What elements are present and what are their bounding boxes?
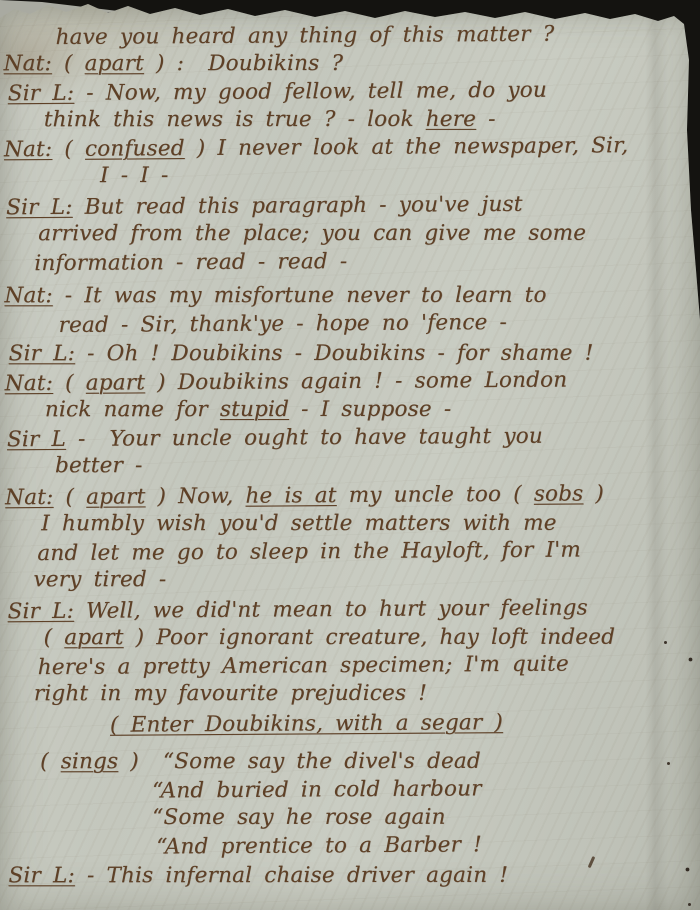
text-segment: “And prentice to a Barber ! xyxy=(156,832,482,859)
underlined-text: apart xyxy=(86,370,145,395)
text-line: Sir L: But read this paragraph - you've … xyxy=(6,190,685,223)
text-segment: - This infernal chaise driver again ! xyxy=(75,863,508,888)
text-segment: ( xyxy=(52,51,85,76)
underlined-text: apart xyxy=(86,484,145,509)
text-segment: ( xyxy=(53,371,86,396)
underlined-text: Sir L: xyxy=(7,599,74,624)
text-line: Sir L: - Now, my good fellow, tell me, d… xyxy=(8,76,685,108)
text-line: have you heard any thing of this matter … xyxy=(55,20,684,52)
text-segment: nick name for xyxy=(45,397,220,422)
text-segment: Well, we did'nt mean to hurt your feelin… xyxy=(74,595,588,623)
text-segment: right in my favourite prejudices ! xyxy=(34,681,427,706)
text-segment: ( xyxy=(52,137,85,162)
text-line: Nat: ( apart ) Doubikins again ! - some … xyxy=(5,366,686,399)
underlined-text: Nat: xyxy=(4,137,52,162)
text-segment: - Your uncle ought to have taught you xyxy=(66,424,543,452)
text-segment: my uncle too ( xyxy=(337,482,534,508)
underlined-text: confused xyxy=(85,136,185,162)
text-line: “Some say he rose again xyxy=(152,804,687,832)
paper-sheet: have you heard any thing of this matter … xyxy=(0,0,700,910)
text-segment: ) xyxy=(583,481,604,506)
text-segment: arrived from the place; you can give me … xyxy=(38,221,586,246)
text-segment: - Oh ! Doubikins - Doubikins - for shame… xyxy=(75,341,593,366)
text-line: ( sings ) “Some say the divel's dead xyxy=(40,748,687,777)
text-segment: “Some say he rose again xyxy=(152,805,445,830)
underlined-text: Sir L xyxy=(7,427,66,452)
text-segment: I humbly wish you'd settle matters with … xyxy=(41,511,556,536)
text-line: read - Sir, thank'ye - hope no 'fence - xyxy=(58,308,685,340)
text-line: Sir L: - Oh ! Doubikins - Doubikins - fo… xyxy=(9,340,686,369)
text-segment: ) Now, xyxy=(145,484,245,510)
manuscript-text: have you heard any thing of this matter … xyxy=(3,21,687,891)
underlined-text: ( Enter Doubikins, with a segar ) xyxy=(110,710,503,738)
text-segment: - Now, my good fellow, tell me, do you xyxy=(74,78,547,106)
text-line: Sir L: - This infernal chaise driver aga… xyxy=(8,862,687,891)
text-line: I humbly wish you'd settle matters with … xyxy=(41,510,686,539)
text-segment: ( xyxy=(40,749,61,774)
underlined-text: stupid xyxy=(220,397,289,422)
text-line: and let me go to sleep in the Hayloft, f… xyxy=(37,536,686,568)
text-segment: But read this paragraph - you've just xyxy=(73,192,523,220)
underlined-text: Nat: xyxy=(4,283,52,308)
text-segment: “And buried in cold harbour xyxy=(152,776,482,803)
text-line: very tired - xyxy=(33,566,686,595)
text-line: Sir L - Your uncle ought to have taught … xyxy=(7,422,686,455)
text-segment: ) “Some say the divel's dead xyxy=(118,749,481,774)
underlined-text: Nat: xyxy=(4,51,52,76)
text-segment: have you heard any thing of this matter … xyxy=(55,22,554,50)
text-line: here's a pretty American specimen; I'm q… xyxy=(38,650,687,682)
text-line: I - I - xyxy=(100,162,685,191)
text-line: Nat: ( apart ) : Doubikins ? xyxy=(4,50,685,79)
underlined-text: apart xyxy=(64,625,123,650)
text-segment: ( xyxy=(53,485,86,510)
text-line: nick name for stupid - I suppose - xyxy=(45,396,686,425)
text-segment: ) I never look at the newspaper, Sir, xyxy=(185,133,629,161)
text-segment: here's a pretty American specimen; I'm q… xyxy=(38,652,569,681)
text-line: information - read - read - xyxy=(34,246,685,278)
text-segment: think this news is true ? - look xyxy=(44,107,426,132)
underlined-text: Sir L: xyxy=(8,81,75,106)
text-line: think this news is true ? - look here - xyxy=(44,106,685,135)
text-line: arrived from the place; you can give me … xyxy=(38,220,685,249)
text-segment: ) Poor ignorant creature, hay loft indee… xyxy=(124,625,616,650)
text-line: Nat: - It was my misfortune never to lea… xyxy=(4,282,685,311)
text-segment: information - read - read - xyxy=(34,249,347,276)
manuscript-scan: have you heard any thing of this matter … xyxy=(0,0,700,910)
text-segment: ) Doubikins again ! - some London xyxy=(145,368,567,396)
underlined-text: Nat: xyxy=(5,485,53,510)
text-line: “And buried in cold harbour xyxy=(152,774,687,806)
text-line: ( apart ) Poor ignorant creature, hay lo… xyxy=(44,624,687,653)
text-line: Nat: ( apart ) Now, he is at my uncle to… xyxy=(5,480,686,513)
underlined-text: Sir L: xyxy=(6,195,73,220)
underlined-text: here xyxy=(426,107,476,132)
text-line: ( Enter Doubikins, with a segar ) xyxy=(110,708,687,740)
underlined-text: Sir L: xyxy=(9,341,75,366)
text-line: “And prentice to a Barber ! xyxy=(156,830,687,862)
text-segment: - I suppose - xyxy=(289,397,451,422)
text-segment: ) : Doubikins ? xyxy=(144,51,343,76)
text-segment: - xyxy=(476,107,496,132)
text-line: better - xyxy=(55,452,686,481)
text-line: Sir L: Well, we did'nt mean to hurt your… xyxy=(7,594,686,627)
underlined-text: Nat: xyxy=(5,371,53,396)
underlined-text: he is at xyxy=(245,483,336,509)
underlined-text: sobs xyxy=(534,481,584,506)
underlined-text: apart xyxy=(85,51,144,76)
text-segment: better - xyxy=(55,453,142,478)
text-line: right in my favourite prejudices ! xyxy=(34,680,687,709)
text-segment: ( xyxy=(44,625,65,650)
text-segment: - It was my misfortune never to learn to xyxy=(53,283,547,308)
text-segment: read - Sir, thank'ye - hope no 'fence - xyxy=(58,310,507,338)
text-segment: very tired - xyxy=(33,567,166,592)
text-segment: I - I - xyxy=(100,163,168,188)
underlined-text: sings xyxy=(61,749,119,774)
underlined-text: Sir L: xyxy=(8,863,74,888)
text-segment: and let me go to sleep in the Hayloft, f… xyxy=(37,537,581,566)
text-line: Nat: ( confused ) I never look at the ne… xyxy=(4,132,685,165)
